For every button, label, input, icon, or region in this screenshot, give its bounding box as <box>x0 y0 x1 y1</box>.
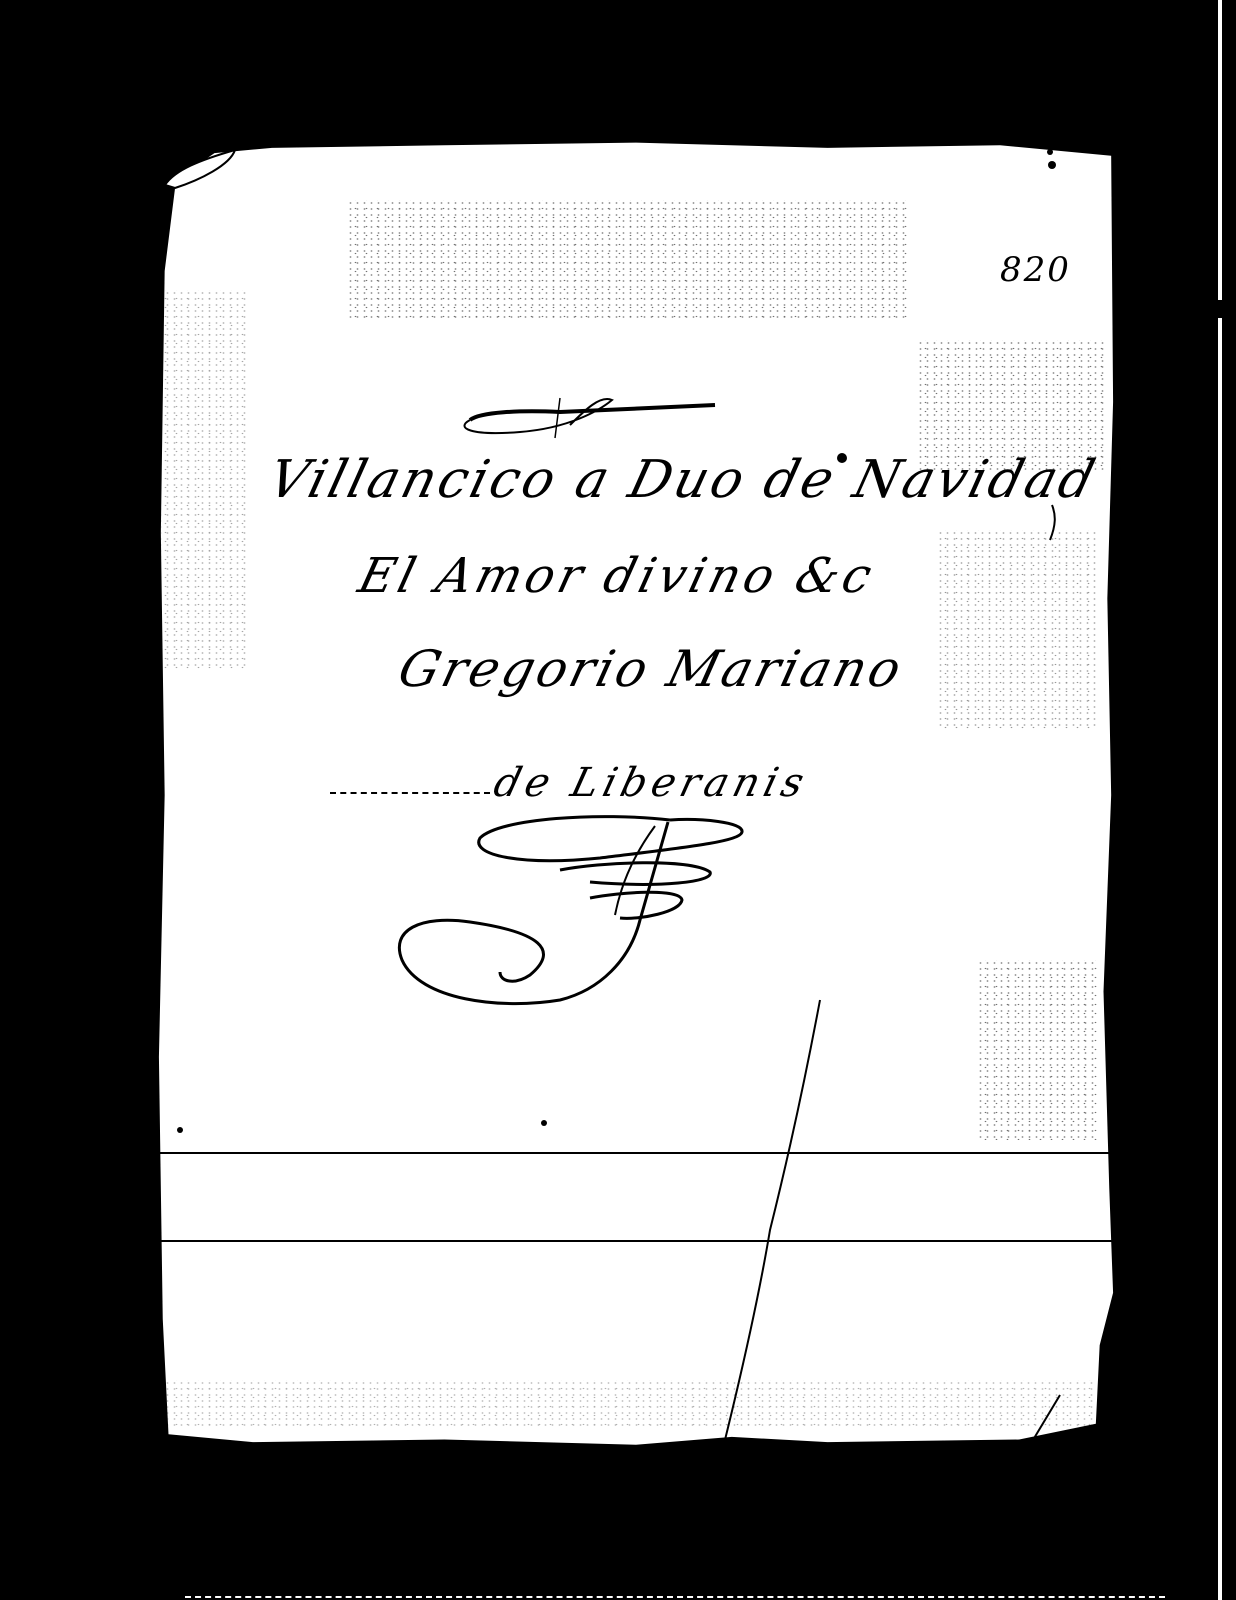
flourish-top-icon <box>464 398 715 438</box>
ink-flourishes <box>0 0 1236 1600</box>
pen-stroke-icon <box>1030 1395 1060 1445</box>
torn-corner-icon <box>165 150 235 188</box>
bracket-mark-icon <box>1050 505 1055 540</box>
rubric-signature-icon <box>399 817 742 1004</box>
pen-stroke-icon <box>720 1000 820 1460</box>
